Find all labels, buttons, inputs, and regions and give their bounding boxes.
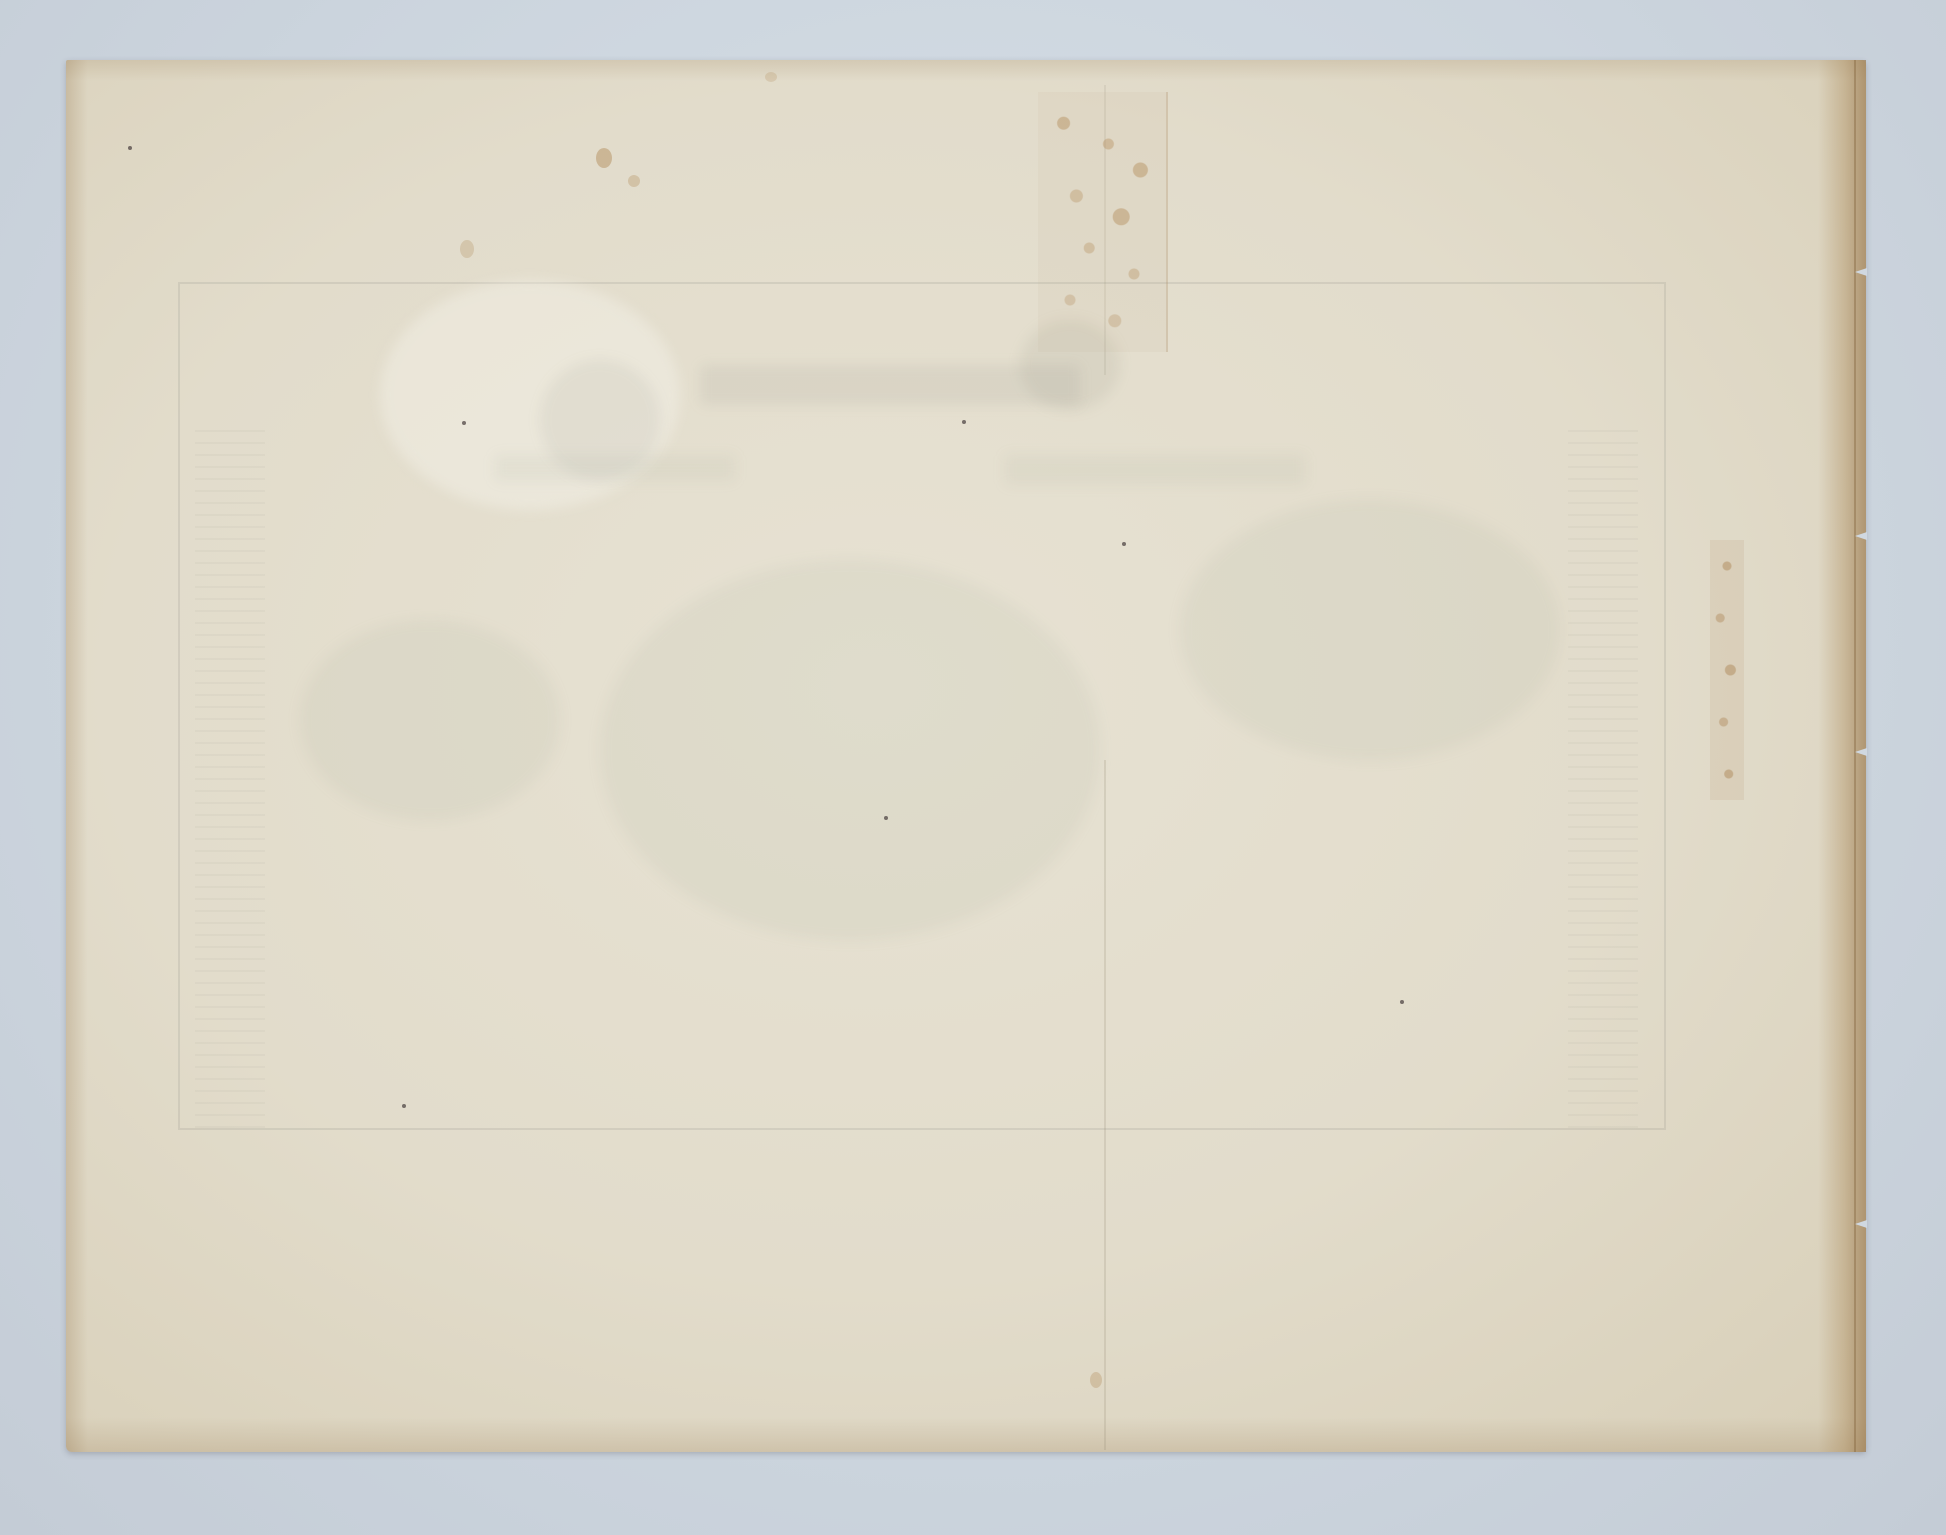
dark-speck	[962, 420, 966, 424]
right-edge-crease	[1854, 60, 1856, 1452]
center-fold-line	[1104, 760, 1106, 1450]
bleed-through-label-left	[495, 455, 735, 481]
dark-speck	[462, 421, 466, 425]
bleed-through-left-figure	[300, 620, 560, 820]
bleed-through-title-text	[700, 365, 1080, 405]
foxing-spot	[765, 72, 777, 82]
foxing-right-edge	[1710, 540, 1744, 800]
foxing-spot	[460, 240, 474, 258]
dark-speck	[1400, 1000, 1404, 1004]
foxing-spot	[628, 175, 640, 187]
dark-speck	[884, 816, 888, 820]
bleed-through-left-column-text	[195, 430, 265, 1130]
dark-speck	[402, 1104, 406, 1108]
foxing-spot	[1090, 1372, 1102, 1388]
dark-speck	[1122, 542, 1126, 546]
foxing-spot	[596, 148, 612, 168]
bleed-through-central-figure	[600, 560, 1100, 940]
browned-right-edge	[1818, 60, 1866, 1452]
bleed-through-right-column-text	[1568, 430, 1638, 1130]
foxing-patch	[1038, 92, 1168, 352]
bleed-through-right-figure	[1180, 500, 1560, 760]
dark-speck	[128, 146, 132, 150]
bleed-through-label-right	[1005, 455, 1305, 485]
